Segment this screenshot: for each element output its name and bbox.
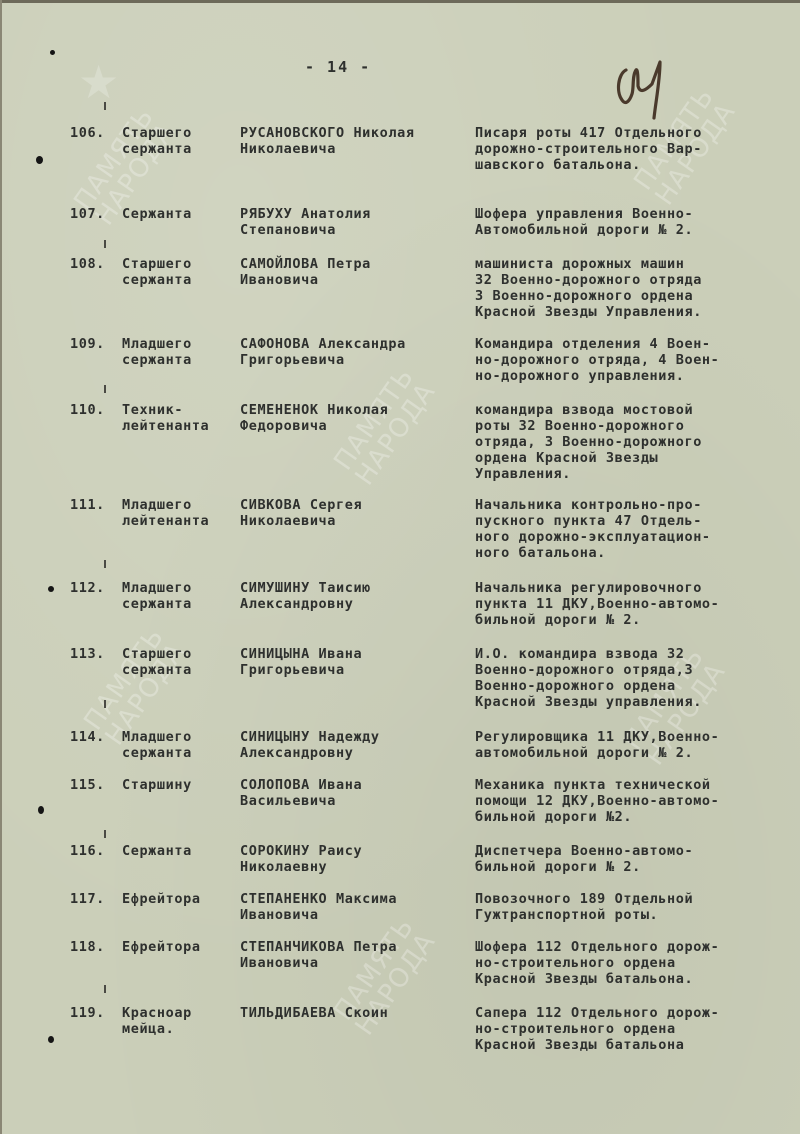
ink-spot xyxy=(50,50,55,55)
entry-number: 107. xyxy=(70,206,120,222)
entry-number: 113. xyxy=(70,646,120,662)
entry-number: 118. xyxy=(70,939,120,955)
entry-rank: Младшего сержанта xyxy=(122,580,232,612)
entry-duty: Диспетчера Военно-автомо- бильной дороги… xyxy=(475,843,775,875)
entry-duty: Сапера 112 Отдельного дорож- но-строител… xyxy=(475,1005,775,1053)
entry-duty: И.О. командира взвода 32 Военно-дорожног… xyxy=(475,646,775,710)
entry-name: СИМУШИНУ Таисию Александровну xyxy=(240,580,470,612)
entry-rank: Техник- лейтенанта xyxy=(122,402,232,434)
pin-mark xyxy=(104,700,106,708)
entry-name: СОЛОПОВА Ивана Васильевича xyxy=(240,777,470,809)
entry-rank: Ефрейтора xyxy=(122,891,232,907)
ink-spot xyxy=(36,156,43,164)
entry-name: СИНИЦЫНА Ивана Григорьевича xyxy=(240,646,470,678)
entry-duty: Регулировщика 11 ДКУ,Военно- автомобильн… xyxy=(475,729,775,761)
entry-name: РУСАНОВСКОГО Николая Николаевича xyxy=(240,125,470,157)
pin-mark xyxy=(104,385,106,393)
entry-name: СТЕПАНЕНКО Максима Ивановича xyxy=(240,891,470,923)
ink-spot xyxy=(48,1036,54,1043)
entry-name: ТИЛЬДИБАЕВА Скоин xyxy=(240,1005,470,1021)
entry-number: 119. xyxy=(70,1005,120,1021)
ink-spot xyxy=(48,586,54,592)
entry-name: СОРОКИНУ Раису Николаевну xyxy=(240,843,470,875)
entry-number: 110. xyxy=(70,402,120,418)
entry-duty: Шофера 112 Отдельного дорож- но-строител… xyxy=(475,939,775,987)
entry-duty: Механика пункта технической помощи 12 ДК… xyxy=(475,777,775,825)
entry-number: 112. xyxy=(70,580,120,596)
entry-duty: Повозочного 189 Отдельной Гужтранспортно… xyxy=(475,891,775,923)
entry-rank: Сержанта xyxy=(122,843,232,859)
entry-duty: Писаря роты 417 Отдельного дорожно-строи… xyxy=(475,125,775,173)
entry-rank: Старшину xyxy=(122,777,232,793)
entry-rank: Старшего сержанта xyxy=(122,125,232,157)
entry-number: 117. xyxy=(70,891,120,907)
entry-rank: Младшего сержанта xyxy=(122,729,232,761)
entry-name: СИВКОВА Сергея Николаевича xyxy=(240,497,470,529)
entry-duty: машиниста дорожных машин 32 Военно-дорож… xyxy=(475,256,775,320)
entry-number: 115. xyxy=(70,777,120,793)
entry-rank: Младшего сержанта xyxy=(122,336,232,368)
pin-mark xyxy=(104,102,106,110)
entry-rank: Старшего сержанта xyxy=(122,256,232,288)
entry-name: СИНИЦЫНУ Надежду Александровну xyxy=(240,729,470,761)
entry-rank: Красноар мейца. xyxy=(122,1005,232,1037)
pin-mark xyxy=(104,985,106,993)
entry-duty: Шофера управления Военно- Автомобильной … xyxy=(475,206,775,238)
page-edge-top xyxy=(0,0,800,3)
entry-rank: Ефрейтора xyxy=(122,939,232,955)
entry-number: 116. xyxy=(70,843,120,859)
entry-duty: Начальника контрольно-про- пускного пунк… xyxy=(475,497,775,561)
entry-rank: Сержанта xyxy=(122,206,232,222)
entry-number: 109. xyxy=(70,336,120,352)
handwritten-folio-number: 24 xyxy=(612,40,684,120)
entry-name: СЕМЕНЕНОК Николая Федоровича xyxy=(240,402,470,434)
entry-number: 111. xyxy=(70,497,120,513)
page-number: - 14 - xyxy=(305,58,371,76)
pin-mark xyxy=(104,560,106,568)
entry-number: 114. xyxy=(70,729,120,745)
entry-duty: Командира отделения 4 Воен- но-дорожного… xyxy=(475,336,775,384)
entry-name: РЯБУХУ Анатолия Степановича xyxy=(240,206,470,238)
entry-name: САМОЙЛОВА Петра Ивановича xyxy=(240,256,470,288)
page-edge-left xyxy=(0,0,2,1134)
entry-rank: Младшего лейтенанта xyxy=(122,497,232,529)
entry-name: СТЕПАНЧИКОВА Петра Ивановича xyxy=(240,939,470,971)
ink-spot xyxy=(38,806,44,814)
watermark-star-icon: ★ xyxy=(78,55,119,109)
entry-rank: Старшего сержанта xyxy=(122,646,232,678)
entry-number: 106. xyxy=(70,125,120,141)
entry-name: САФОНОВА Александра Григорьевича xyxy=(240,336,470,368)
document-page: ★ ПАМЯТЬ НАРОДА ПАМЯТЬ НАРОДА ПАМЯТЬ НАР… xyxy=(0,0,800,1134)
pin-mark xyxy=(104,240,106,248)
entry-duty: Начальника регулировочного пункта 11 ДКУ… xyxy=(475,580,775,628)
entry-duty: командира взвода мостовой роты 32 Военно… xyxy=(475,402,775,482)
pin-mark xyxy=(104,830,106,838)
entry-number: 108. xyxy=(70,256,120,272)
